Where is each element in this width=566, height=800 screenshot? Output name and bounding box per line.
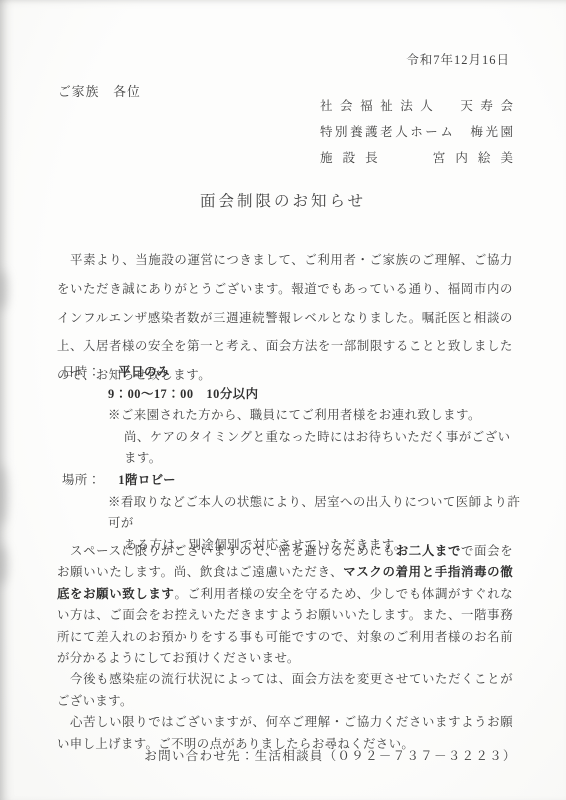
sender-director: 施設長 宮内絵美 xyxy=(320,145,514,171)
body-text: スペースに限りがございますので、密を避けるためにも xyxy=(57,544,396,558)
scanned-letter-page: 令和7年12月16日 ご家族 各位 社会福祉法人 天寿会 特別養護老人ホーム 梅… xyxy=(0,0,566,800)
visit-note-line-2: 尚、ケアのタイミングと重なった時にはお待ちいただく事がございます。 xyxy=(62,427,522,470)
sender-facility: 特別養護老人ホーム 梅光園 xyxy=(320,119,514,145)
document-title: 面会制限のお知らせ xyxy=(0,189,566,211)
contact-footer: お問い合わせ先：生活相談員（０９２－７３７－３２２３） xyxy=(0,745,566,764)
body-text-emphasis-visitors-limit: お二人まで xyxy=(396,544,461,558)
document-date: 令和7年12月16日 xyxy=(406,50,510,68)
body-paragraph-1: スペースに限りがございますので、密を避けるためにもお二人までで面会をお願いいたし… xyxy=(57,541,513,669)
recipient-line: ご家族 各位 xyxy=(58,81,141,100)
body-paragraph-2: 今後も感染症の流行状況によっては、面会方法を変更させていただくことがございます。 xyxy=(57,669,513,712)
scan-artifact xyxy=(0,270,8,310)
place-note-line-1: ※看取りなどご本人の状態により、居室への出入りについて医師より許可が xyxy=(62,492,522,535)
body-section: スペースに限りがございますので、密を避けるためにもお二人までで面会をお願いいたし… xyxy=(57,541,513,755)
schedule-section: 日時： 平日のみ 9：00～17：00 10分以内 ※ご来園された方から、職員に… xyxy=(62,362,522,556)
scan-artifact xyxy=(0,545,8,585)
sender-block: 社会福祉法人 天寿会 特別養護老人ホーム 梅光園 施設長 宮内絵美 xyxy=(320,93,514,171)
place-value: 1階ロビー xyxy=(118,473,176,487)
place-label: 場所： xyxy=(62,473,101,487)
datetime-row: 日時： 平日のみ xyxy=(62,362,522,384)
datetime-value: 平日のみ xyxy=(118,365,170,379)
place-row: 場所： 1階ロビー xyxy=(62,470,522,492)
scan-artifact xyxy=(0,465,8,525)
time-value: 9：00～17：00 10分以内 xyxy=(62,384,522,406)
sender-organization: 社会福祉法人 天寿会 xyxy=(320,93,514,119)
visit-note-line-1: ※ご来園された方から、職員にてご利用者様をお連れ致します。 xyxy=(62,405,522,427)
datetime-label: 日時： xyxy=(62,365,101,379)
